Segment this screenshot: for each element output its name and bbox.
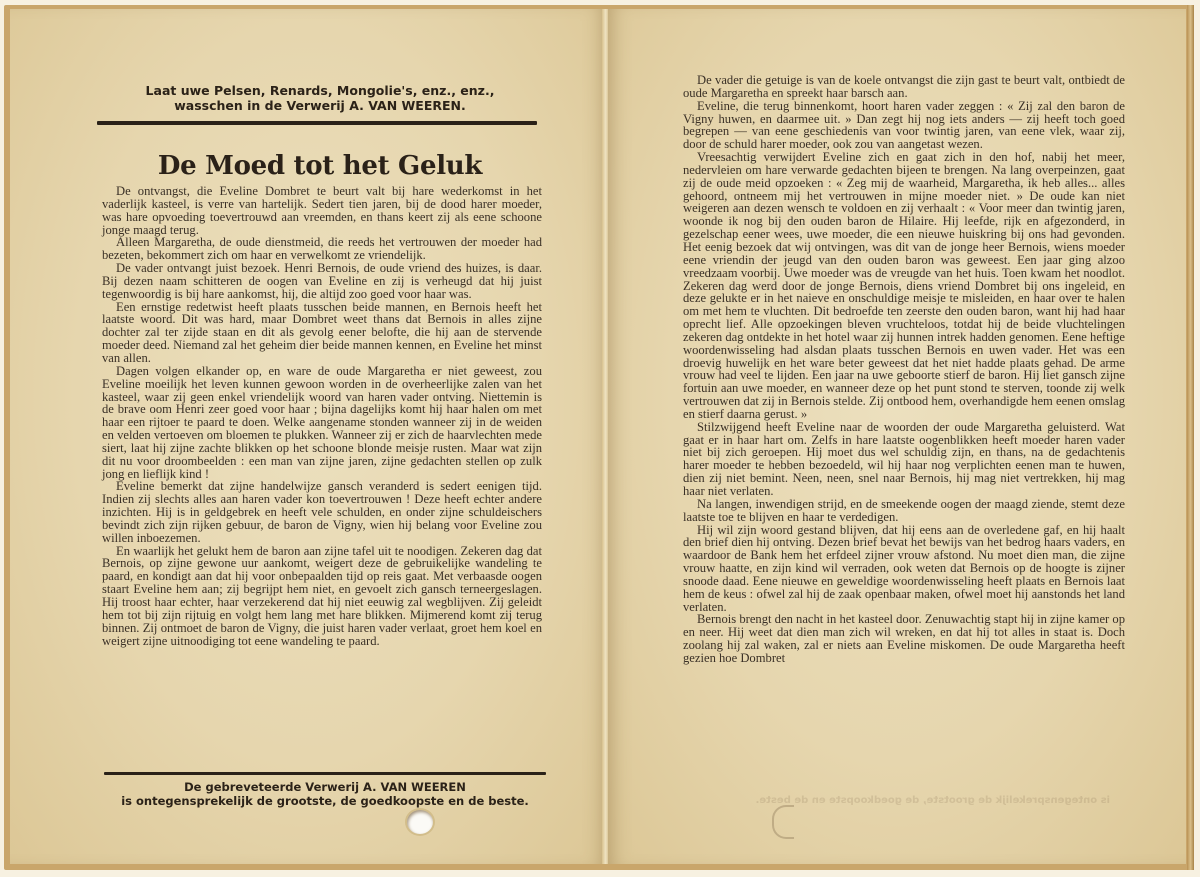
advert-bottom-line-1: De gebreveteerde Verwerij A. VAN WEEREN: [110, 780, 540, 794]
advert-top: Laat uwe Pelsen, Renards, Mongolie's, en…: [100, 83, 540, 113]
page-edges: [1187, 5, 1194, 870]
paragraph: Bernois brengt den nacht in het kasteel …: [683, 613, 1125, 664]
paragraph: Alleen Margaretha, de oude dienstmeid, d…: [102, 236, 542, 262]
right-column-text: De vader die getuige is van de koele ont…: [683, 74, 1125, 665]
paragraph: De vader die getuige is van de koele ont…: [683, 74, 1125, 100]
divider-rule-bottom: [104, 772, 546, 775]
paragraph: Na langen, inwendigen strijd, en de smee…: [683, 498, 1125, 524]
paragraph: Eveline bemerkt dat zijne handelwijze ga…: [102, 480, 542, 544]
paragraph: Dagen volgen elkander op, en ware de oud…: [102, 365, 542, 481]
story-title: De Moed tot het Geluk: [100, 150, 540, 182]
advert-bottom-line-2: is ontegensprekelijk de grootste, de goe…: [110, 794, 540, 808]
paragraph: Hij wil zijn woord gestand blijven, dat …: [683, 524, 1125, 614]
paragraph: Vreesachtig verwijdert Eveline zich en g…: [683, 151, 1125, 421]
advert-bottom: De gebreveteerde Verwerij A. VAN WEEREN …: [110, 780, 540, 808]
paragraph: Eveline, die terug binnenkomt, hoort har…: [683, 100, 1125, 151]
advert-top-line-1: Laat uwe Pelsen, Renards, Mongolie's, en…: [100, 83, 540, 98]
paragraph: Een ernstige redetwist heeft plaats tuss…: [102, 301, 542, 365]
bleed-through-hole-mark: [772, 805, 794, 839]
paragraph: De ontvangst, die Eveline Dombret te beu…: [102, 185, 542, 236]
paragraph: De vader ontvangt juist bezoek. Henri Be…: [102, 262, 542, 301]
advert-top-line-2: wasschen in de Verwerij A. VAN WEEREN.: [100, 98, 540, 113]
punch-hole: [407, 810, 433, 834]
bleed-through-text: is ontegensprekelijk de grootste, de goe…: [690, 795, 1110, 806]
paragraph: En waarlijk het gelukt hem de baron aan …: [102, 545, 542, 648]
paragraph: Stilzwijgend heeft Eveline naar de woord…: [683, 421, 1125, 498]
divider-rule-top: [97, 121, 537, 125]
left-column-text: De ontvangst, die Eveline Dombret te beu…: [102, 185, 542, 647]
